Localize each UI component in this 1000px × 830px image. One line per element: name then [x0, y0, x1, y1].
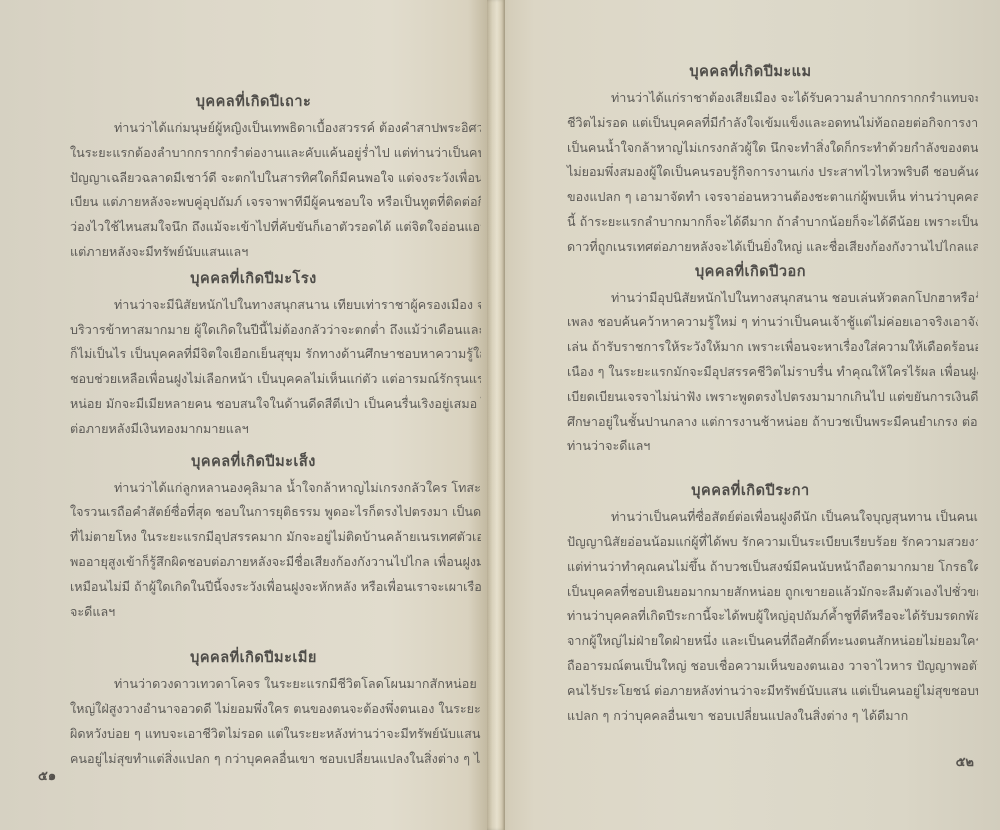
section-heading: บุคคลที่เกิดปีมะแม	[523, 62, 978, 82]
section-heading: บุคคลที่เกิดปีมะเมีย	[26, 648, 481, 668]
text-line: ปัญญานิสัยอ่อนน้อมแก่ผู้ที่ได้พบ รักความ…	[523, 530, 978, 555]
text-line: แต่ภายหลังจะมีทรัพย์นับแสนแลฯ	[26, 240, 481, 265]
text-line: เป็นคนน้ำใจกล้าหาญไม่เกรงกลัวผู้ใด นึกจะ…	[523, 136, 978, 161]
text-line: เหมือนไม่มี ถ้าผู้ใดเกิดในปีนี้จงระวังเพ…	[26, 575, 481, 600]
page-number: ๕๒	[956, 751, 974, 772]
text-line: ดาวที่ถูกเนรเทศต่อภายหลังจะได้เป็นยิ่งให…	[523, 235, 978, 260]
text-line: ว่องไวใช้ไหนสมใจนึก ถึงแม้จะเข้าไปที่คับ…	[26, 215, 481, 240]
right-page: บุคคลที่เกิดปีมะแม ท่านว่าได้แก่ราชาต้อง…	[505, 0, 1000, 830]
text-line: ถืออารมณ์ตนเป็นใหญ่ ชอบเชื่อความเห็นของต…	[523, 654, 978, 679]
text-line: บริวารข้าทาสมากมาย ผู้ใดเกิดในปีนี้ไม่ต้…	[26, 318, 481, 343]
section-goat-year: บุคคลที่เกิดปีมะแม ท่านว่าได้แก่ราชาต้อง…	[523, 62, 978, 260]
text-line: ผิดหวังบ่อย ๆ แทบจะเอาชีวิตไม่รอด แต่ในร…	[26, 722, 481, 747]
section-body: ท่านว่าได้แก่มนุษย์ผู้หญิงเป็นเทพธิดาเบื…	[26, 116, 481, 265]
section-heading: บุคคลที่เกิดปีระกา	[523, 481, 978, 501]
text-line: เบียดเบียนเจรจาไม่น่าฟัง เพราะพูดตรงไปตร…	[523, 385, 978, 410]
text-line: ในระยะแรกต้องลำบากกรากกรำต่องานและคับแค้…	[26, 141, 481, 166]
text-line: พออายุสูงเข้าก็รู้สึกผิดชอบต่อภายหลังจะม…	[26, 550, 481, 575]
section-body: ท่านว่าดวงดาวเทวดาโคจร ในระยะแรกมีชีวิตโ…	[26, 672, 481, 771]
section-body: ท่านว่าจะมีนิสัยหนักไปในทางสนุกสนาน เทีย…	[26, 293, 481, 442]
text-line: หน่อย มักจะมีเมียหลายคน ชอบสนใจในด้านดีด…	[26, 392, 481, 417]
text-line: เพลง ชอบค้นคว้าหาความรู้ใหม่ ๆ ท่านว่าเป…	[523, 310, 978, 335]
text-line: นี้ ถ้าระยะแรกลำบากมากก็จะได้ดีมาก ถ้าลำ…	[523, 210, 978, 235]
text-line: ใหญ่ใฝ่สูงวางอำนาจอวดดี ไม่ยอมพึ่งใคร ตน…	[26, 697, 481, 722]
text-line: ปัญญาเฉลียวฉลาดมีเชาว์ดี จะตกไปในสารทิศใ…	[26, 166, 481, 191]
section-monkey-year: บุคคลที่เกิดปีวอก ท่านว่ามีอุปนิสัยหนักไ…	[523, 262, 978, 460]
section-heading: บุคคลที่เกิดปีมะโรง	[26, 269, 481, 289]
text-line: ท่านว่าบุคคลที่เกิดปีระกานี้จะได้พบผู้ให…	[523, 604, 978, 629]
section-snake-year: บุคคลที่เกิดปีมะเส็ง ท่านว่าได้แก่ลูกหลา…	[26, 452, 481, 625]
open-book: บุคคลที่เกิดปีเถาะ ท่านว่าได้แก่มนุษย์ผู…	[0, 0, 1000, 830]
text-line: ท่านว่าจะมีนิสัยหนักไปในทางสนุกสนาน เทีย…	[26, 293, 481, 318]
section-heading: บุคคลที่เกิดปีวอก	[523, 262, 978, 282]
section-heading: บุคคลที่เกิดปีเถาะ	[26, 92, 481, 112]
text-line: เป็นบุคคลที่ชอบเยินยอมากมายสักหน่อย ถูกเ…	[523, 580, 978, 605]
text-line: ชอบช่วยเหลือเพื่อนฝูงไม่เลือกหน้า เป็นบุ…	[26, 367, 481, 392]
text-line: ก็ไม่เป็นไร เป็นบุคคลที่มีจิตใจเยือกเย็น…	[26, 342, 481, 367]
text-line: จากผู้ใหญ่ไม่ฝ่ายใดฝ่ายหนึ่ง และเป็นคนที…	[523, 629, 978, 654]
text-line: คนไร้ประโยชน์ ต่อภายหลังท่านว่าจะมีทรัพย…	[523, 679, 978, 704]
section-horse-year: บุคคลที่เกิดปีมะเมีย ท่านว่าดวงดาวเทวดาโ…	[26, 648, 481, 771]
section-dragon-year: บุคคลที่เกิดปีมะโรง ท่านว่าจะมีนิสัยหนัก…	[26, 269, 481, 442]
text-line: ของแปลก ๆ เอามาจัดทำ เจรจาอ่อนหวานต้องชะ…	[523, 185, 978, 210]
text-line: ท่านว่าเป็นคนที่ซื่อสัตย์ต่อเพื่อนฝูงดีน…	[523, 505, 978, 530]
text-line: คนอยู่ไม่สุขทำแต่สิ่งแปลก ๆ กว่าบุคคลอื่…	[26, 747, 481, 772]
text-line: ท่านว่าได้แก่ราชาต้องเสียเมือง จะได้รับค…	[523, 86, 978, 111]
text-line: ท่านว่าดวงดาวเทวดาโคจร ในระยะแรกมีชีวิตโ…	[26, 672, 481, 697]
text-line: ท่านว่าจะดีแลฯ	[523, 434, 978, 459]
text-line: เล่น ถ้ารับราชการให้ระวังให้มาก เพราะเพื…	[523, 335, 978, 360]
text-line: ศึกษาอยู่ในชั้นปานกลาง แต่การงานช้าหน่อย…	[523, 410, 978, 435]
text-line: เนือง ๆ ในระยะแรกมักจะมีอุปสรรคชีวิตไม่ร…	[523, 360, 978, 385]
text-line: ไม่ยอมพึ่งสมองผู้ใดเป็นคนรอบรู้กิจการงาน…	[523, 160, 978, 185]
text-line: แปลก ๆ กว่าบุคคลอื่นเขา ชอบเปลี่ยนแปลงใน…	[523, 704, 978, 729]
text-line: เบียน แต่ภายหลังจะพบคู่อุปถัมภ์ เจรจาพาท…	[26, 190, 481, 215]
text-line: จะดีแลฯ	[26, 600, 481, 625]
text-line: ท่านว่ามีอุปนิสัยหนักไปในทางสนุกสนาน ชอบ…	[523, 286, 978, 311]
text-line: ที่ไม่ตายโหง ในระยะแรกมีอุปสรรคมาก มักจะ…	[26, 525, 481, 550]
section-rabbit-year: บุคคลที่เกิดปีเถาะ ท่านว่าได้แก่มนุษย์ผู…	[26, 92, 481, 265]
section-body: ท่านว่าได้แก่ลูกหลานองคุลิมาล น้ำใจกล้าห…	[26, 476, 481, 625]
text-line: ต่อภายหลังมีเงินทองมากมายแลฯ	[26, 417, 481, 442]
section-body: ท่านว่ามีอุปนิสัยหนักไปในทางสนุกสนาน ชอบ…	[523, 286, 978, 460]
left-page: บุคคลที่เกิดปีเถาะ ท่านว่าได้แก่มนุษย์ผู…	[0, 0, 487, 830]
section-rooster-year: บุคคลที่เกิดปีระกา ท่านว่าเป็นคนที่ซื่อส…	[523, 481, 978, 728]
book-spine	[487, 0, 505, 830]
section-body: ท่านว่าเป็นคนที่ซื่อสัตย์ต่อเพื่อนฝูงดีน…	[523, 505, 978, 728]
section-body: ท่านว่าได้แก่ราชาต้องเสียเมือง จะได้รับค…	[523, 86, 978, 260]
text-line: แต่ท่านว่าทำคุณคนไม่ขึ้น ถ้าบวชเป็นสงฆ์ม…	[523, 555, 978, 580]
page-number: ๕๑	[38, 765, 56, 786]
text-line: ท่านว่าได้แก่ลูกหลานองคุลิมาล น้ำใจกล้าห…	[26, 476, 481, 501]
text-line: ใจรวนเรถือคำสัตย์ซื่อที่สุด ชอบในการยุติ…	[26, 500, 481, 525]
text-line: ท่านว่าได้แก่มนุษย์ผู้หญิงเป็นเทพธิดาเบื…	[26, 116, 481, 141]
section-heading: บุคคลที่เกิดปีมะเส็ง	[26, 452, 481, 472]
text-line: ชีวิตไม่รอด แต่เป็นบุคคลที่มีกำลังใจเข้ม…	[523, 111, 978, 136]
